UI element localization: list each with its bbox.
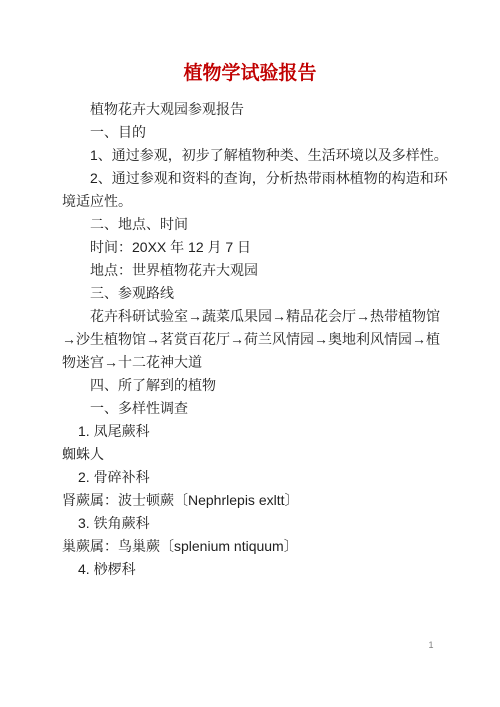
text-line: 2. 骨碎补科 [62,466,438,489]
text-line: 3. 铁角蕨科 [62,512,438,535]
text-line: 四、所了解到的植物 [62,374,438,397]
text-line: 1、通过参观，初步了解植物种类、生活环境以及多样性。 [62,144,438,167]
text-line: 时间：20XX 年 12 月 7 日 [62,236,438,259]
text-line: 蜘蛛人 [62,443,438,466]
text-line: 三、参观路线 [62,282,438,305]
text-line: 二、地点、时间 [62,213,438,236]
text-line: 2、通过参观和资料的查询，分析热带雨林植物的构造和环 [62,167,438,190]
text-line: 4. 桫椤科 [62,558,438,581]
text-line: 肾蕨属：波士顿蕨〔Nephrlepis exltt〕 [62,489,438,512]
text-line: →沙生植物馆→茗赏百花厅→荷兰风情园→奥地利风情园→植 [62,328,438,351]
text-line: 地点：世界植物花卉大观园 [62,259,438,282]
text-line: 一、目的 [62,121,438,144]
document-page: 植物学试验报告 植物花卉大观园参观报告一、目的1、通过参观，初步了解植物种类、生… [0,0,500,707]
text-line: 境适应性。 [62,190,438,213]
document-title: 植物学试验报告 [0,0,500,88]
text-line: 1. 凤尾蕨科 [62,420,438,443]
document-body: 植物花卉大观园参观报告一、目的1、通过参观，初步了解植物种类、生活环境以及多样性… [0,98,500,581]
text-line: 花卉科研试验室→蔬菜瓜果园→精品花会厅→热带植物馆 [62,305,438,328]
text-line: 物迷宫→十二花神大道 [62,351,438,374]
text-line: 植物花卉大观园参观报告 [62,98,438,121]
text-line: 巢蕨属：鸟巢蕨〔splenium ntiquum〕 [62,535,438,558]
page-number: 1 [421,639,441,651]
text-line: 一、多样性调查 [62,397,438,420]
